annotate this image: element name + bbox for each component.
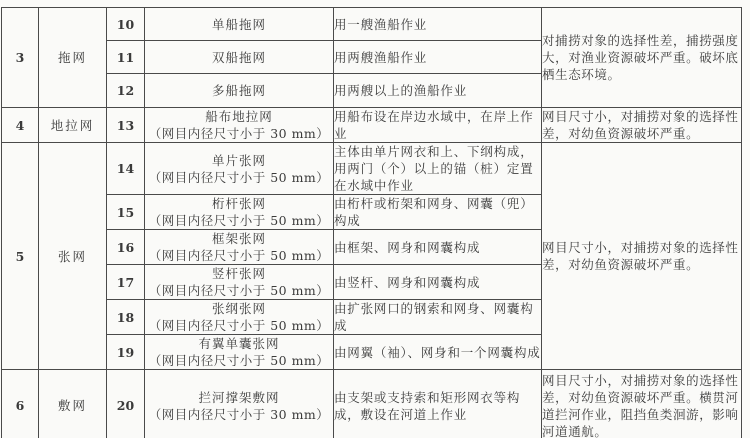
gear-type-cell: 敷网 xyxy=(39,370,107,438)
gear-name-cell: 桁杆张网 （网目内径尺寸小于 50 mm） xyxy=(145,195,334,230)
ban-reason-cell: 网目尺寸小，对捕捞对象的选择性差，对幼鱼资源破坏严重。 xyxy=(542,108,742,143)
group-seq-cell: 3 xyxy=(2,8,39,108)
item-number-cell: 17 xyxy=(107,265,145,300)
mesh-size-spec: （网目内径尺寸小于 50 mm） xyxy=(145,352,333,369)
gear-description-cell: 由支架或支持索和矩形网衣等构成，敷设在河道上作业 xyxy=(334,370,542,438)
group-seq-cell: 4 xyxy=(2,108,39,143)
table-row: 4 地拉网 13 船布地拉网 （网目内径尺寸小于 30 mm） 用船布设在岸边水… xyxy=(2,108,742,143)
mesh-size-spec: （网目内径尺寸小于 30 mm） xyxy=(145,406,333,423)
mesh-size-spec: （网目内径尺寸小于 30 mm） xyxy=(145,125,333,142)
gear-name-cell: 张纲张网 （网目内径尺寸小于 50 mm） xyxy=(145,300,334,335)
gear-name-cell: 双船拖网 xyxy=(145,41,334,74)
item-number-cell: 10 xyxy=(107,8,145,41)
gear-name-cell: 单船拖网 xyxy=(145,8,334,41)
gear-name-cell: 框架张网 （网目内径尺寸小于 50 mm） xyxy=(145,230,334,265)
gear-description-cell: 用两艘以上的渔船作业 xyxy=(334,74,542,108)
mesh-size-spec: （网目内径尺寸小于 50 mm） xyxy=(145,282,333,299)
gear-name-cell: 有翼单囊张网 （网目内径尺寸小于 50 mm） xyxy=(145,335,334,370)
gear-name: 竖杆张网 xyxy=(145,265,333,282)
gear-name: 双船拖网 xyxy=(145,49,333,66)
ban-reason-cell: 网目尺寸小，对捕捞对象的选择性差，对幼鱼资源破坏严重。 xyxy=(542,143,742,370)
gear-name-cell: 单片张网 （网目内径尺寸小于 50 mm） xyxy=(145,143,334,195)
mesh-size-spec: （网目内径尺寸小于 50 mm） xyxy=(145,247,333,264)
gear-name-cell: 竖杆张网 （网目内径尺寸小于 50 mm） xyxy=(145,265,334,300)
ban-reason-cell: 对捕捞对象的选择性差，捕捞强度大，对渔业资源破坏严重。破坏底栖生态环境。 xyxy=(542,8,742,108)
item-number-cell: 15 xyxy=(107,195,145,230)
item-number-cell: 11 xyxy=(107,41,145,74)
gear-description-cell: 用船布设在岸边水域中，在岸上作业 xyxy=(334,108,542,143)
gear-name: 多船拖网 xyxy=(145,82,333,99)
gear-name: 桁杆张网 xyxy=(145,195,333,212)
table-row: 3 拖网 10 单船拖网 用一艘渔船作业 对捕捞对象的选择性差，捕捞强度大，对渔… xyxy=(2,8,742,41)
gear-description-cell: 用一艘渔船作业 xyxy=(334,8,542,41)
gear-description-cell: 由网翼（袖）、网身和一个网囊构成 xyxy=(334,335,542,370)
gear-type-cell: 地拉网 xyxy=(39,108,107,143)
gear-description-cell: 由框架、网身和网囊构成 xyxy=(334,230,542,265)
gear-name: 单片张网 xyxy=(145,152,333,169)
gear-name: 有翼单囊张网 xyxy=(145,335,333,352)
gear-description-cell: 用两艘渔船作业 xyxy=(334,41,542,74)
mesh-size-spec: （网目内径尺寸小于 50 mm） xyxy=(145,317,333,334)
gear-name: 船布地拉网 xyxy=(145,108,333,125)
gear-type-cell: 张网 xyxy=(39,143,107,370)
fishing-gear-table: 3 拖网 10 单船拖网 用一艘渔船作业 对捕捞对象的选择性差，捕捞强度大，对渔… xyxy=(1,7,742,438)
mesh-size-spec: （网目内径尺寸小于 50 mm） xyxy=(145,169,333,186)
gear-name: 拦河撑架敷网 xyxy=(145,389,333,406)
item-number-cell: 16 xyxy=(107,230,145,265)
item-number-cell: 19 xyxy=(107,335,145,370)
gear-description-cell: 主体由单片网衣和上、下纲构成，用两门（个）以上的锚（桩）定置在水域中作业 xyxy=(334,143,542,195)
gear-name: 张纲张网 xyxy=(145,300,333,317)
gear-name-cell: 拦河撑架敷网 （网目内径尺寸小于 30 mm） xyxy=(145,370,334,438)
gear-name: 框架张网 xyxy=(145,230,333,247)
gear-description-cell: 由竖杆、网身和网囊构成 xyxy=(334,265,542,300)
item-number-cell: 14 xyxy=(107,143,145,195)
mesh-size-spec: （网目内径尺寸小于 50 mm） xyxy=(145,212,333,229)
document-page: 3 拖网 10 单船拖网 用一艘渔船作业 对捕捞对象的选择性差，捕捞强度大，对渔… xyxy=(0,0,750,438)
item-number-cell: 20 xyxy=(107,370,145,438)
table-row: 5 张网 14 单片张网 （网目内径尺寸小于 50 mm） 主体由单片网衣和上、… xyxy=(2,143,742,195)
gear-name: 单船拖网 xyxy=(145,16,333,33)
gear-name-cell: 多船拖网 xyxy=(145,74,334,108)
item-number-cell: 12 xyxy=(107,74,145,108)
item-number-cell: 13 xyxy=(107,108,145,143)
gear-description-cell: 由扩张网口的钢索和网身、网囊构成 xyxy=(334,300,542,335)
table-row: 6 敷网 20 拦河撑架敷网 （网目内径尺寸小于 30 mm） 由支架或支持索和… xyxy=(2,370,742,438)
gear-name-cell: 船布地拉网 （网目内径尺寸小于 30 mm） xyxy=(145,108,334,143)
group-seq-cell: 5 xyxy=(2,143,39,370)
ban-reason-cell: 网目尺寸小，对捕捞对象的选择性差，对幼鱼资源破坏严重。横贯河道拦河作业，阻挡鱼类… xyxy=(542,370,742,438)
gear-type-cell: 拖网 xyxy=(39,8,107,108)
group-seq-cell: 6 xyxy=(2,370,39,438)
gear-description-cell: 由桁杆或桁架和网身、网囊（兜）构成 xyxy=(334,195,542,230)
item-number-cell: 18 xyxy=(107,300,145,335)
